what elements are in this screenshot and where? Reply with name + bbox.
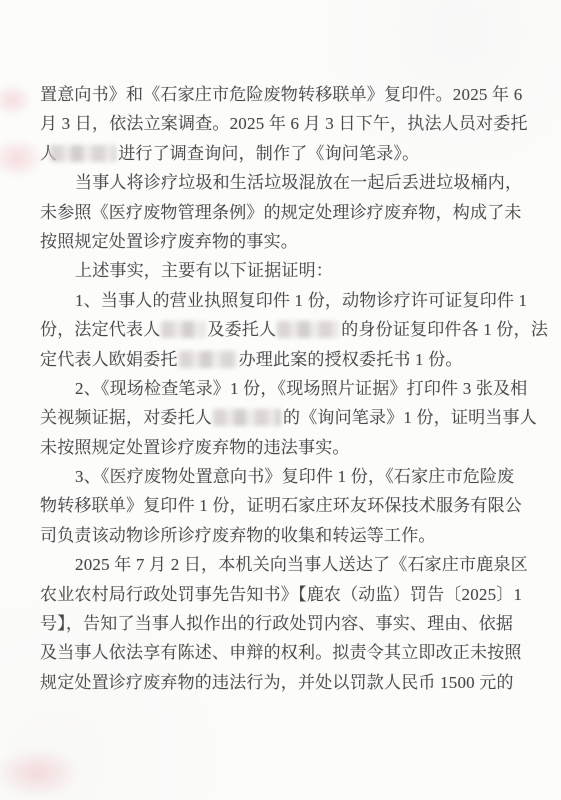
text-line: 定代表人欧娟委托办理此案的授权委托书 1 份。: [40, 345, 524, 374]
text-run: 置意向书》和《石家庄市危险废物转移联单》复印件。2025 年 6: [40, 85, 522, 104]
redaction-blur: [179, 351, 237, 368]
text-run: 的身份证复印件各 1 份，法: [341, 320, 548, 339]
text-run: 上述事实，主要有以下证据证明：: [75, 261, 333, 280]
text-run: 进行了调查询问，制作了《询问笔录》。: [118, 144, 419, 163]
text-line: 份，法定代表人及委托人的身份证复印件各 1 份，法: [40, 315, 524, 344]
text-run: 按照规定处置诊疗废弃物的事实。: [40, 232, 298, 251]
redaction-blur: [50, 145, 116, 162]
text-run: 2、《现场检查笔录》1 份，《现场照片证据》打印件 3 张及相: [75, 379, 527, 398]
text-line: 号】，告知了当事人拟作出的行政处罚内容、事实、理由、依据: [40, 609, 524, 638]
text-run: 定代表人欧娟委托: [40, 350, 178, 369]
scanned-document-page: 置意向书》和《石家庄市危险废物转移联单》复印件。2025 年 6月 3 日，依法…: [0, 0, 561, 800]
text-line: 上述事实，主要有以下证据证明：: [40, 256, 524, 285]
text-line: 人进行了调查询问，制作了《询问笔录》。: [40, 139, 524, 168]
text-line: 月 3 日，依法立案调查。2025 年 6 月 3 日下午，执法人员对委托: [40, 109, 524, 138]
text-run: 的《询问笔录》1 份，证明当事人: [283, 408, 537, 427]
text-line: 农业农村局行政处罚事先告知书》【鹿农（动监）罚告〔2025〕1: [40, 580, 524, 609]
text-run: 办理此案的授权委托书 1 份。: [239, 350, 463, 369]
text-line: 未参照《医疗废物管理条例》的规定处理诊疗废弃物，构成了未: [40, 198, 524, 227]
text-run: 未按照规定处置诊疗废弃物的违法事实。: [40, 438, 350, 457]
text-line: 未按照规定处置诊疗废弃物的违法事实。: [40, 433, 524, 462]
text-run: 3、《医疗废物处置意向书》复印件 1 份，《石家庄市危险废: [75, 467, 514, 486]
text-line: 关视频证据，对委托人的《询问笔录》1 份，证明当事人: [40, 403, 524, 432]
text-run: 及当事人依法享有陈述、申辩的权利。拟责令其立即改正未按照: [40, 643, 522, 662]
text-line: 按照规定处置诊疗废弃物的事实。: [40, 227, 524, 256]
text-line: 物转移联单》复印件 1 份，证明石家庄环友环保技术服务有限公: [40, 491, 524, 520]
redaction-blur: [213, 409, 281, 426]
text-run: 2025 年 7 月 2 日，本机关向当事人送达了《石家庄市鹿泉区: [75, 555, 528, 574]
text-line: 当事人将诊疗垃圾和生活垃圾混放在一起后丢进垃圾桶内，: [40, 168, 524, 197]
text-run: 物转移联单》复印件 1 份，证明石家庄环友环保技术服务有限公: [40, 496, 522, 515]
text-run: 农业农村局行政处罚事先告知书》【鹿农（动监）罚告〔2025〕1: [40, 585, 522, 604]
text-line: 置意向书》和《石家庄市危险废物转移联单》复印件。2025 年 6: [40, 80, 524, 109]
text-line: 2、《现场检查笔录》1 份，《现场照片证据》打印件 3 张及相: [40, 374, 524, 403]
text-line: 规定处置诊疗废弃物的违法行为，并处以罚款人民币 1500 元的: [40, 668, 524, 697]
text-run: 未参照《医疗废物管理条例》的规定处理诊疗废弃物，构成了未: [40, 203, 522, 222]
text-run: 份，法定代表人: [40, 320, 160, 339]
text-run: 当事人将诊疗垃圾和生活垃圾混放在一起后丢进垃圾桶内，: [75, 173, 522, 192]
text-run: 号】，告知了当事人拟作出的行政处罚内容、事实、理由、依据: [40, 614, 513, 633]
text-run: 规定处置诊疗废弃物的违法行为，并处以罚款人民币 1500 元的: [40, 673, 514, 692]
text-line: 司负责该动物诊所诊疗废弃物的收集和转运等工作。: [40, 521, 524, 550]
text-line: 及当事人依法享有陈述、申辩的权利。拟责令其立即改正未按照: [40, 638, 524, 667]
redaction-blur: [277, 321, 339, 338]
pink-smudge-mark: [0, 748, 80, 798]
text-line: 1、当事人的营业执照复印件 1 份，动物诊疗许可证复印件 1: [40, 286, 524, 315]
redaction-blur: [161, 321, 205, 338]
text-run: 1、当事人的营业执照复印件 1 份，动物诊疗许可证复印件 1: [75, 291, 527, 310]
text-line: 2025 年 7 月 2 日，本机关向当事人送达了《石家庄市鹿泉区: [40, 550, 524, 579]
text-line: 3、《医疗废物处置意向书》复印件 1 份，《石家庄市危险废: [40, 462, 524, 491]
pink-smudge-mark: [0, 84, 32, 116]
text-run: 及委托人: [207, 320, 276, 339]
document-text: 置意向书》和《石家庄市危险废物转移联单》复印件。2025 年 6月 3 日，依法…: [40, 80, 524, 697]
text-run: 司负责该动物诊所诊疗废弃物的收集和转运等工作。: [40, 526, 436, 545]
pink-smudge-mark: [0, 138, 44, 178]
text-run: 关视频证据，对委托人: [40, 408, 212, 427]
text-run: 月 3 日，依法立案调查。2025 年 6 月 3 日下午，执法人员对委托: [40, 114, 528, 133]
